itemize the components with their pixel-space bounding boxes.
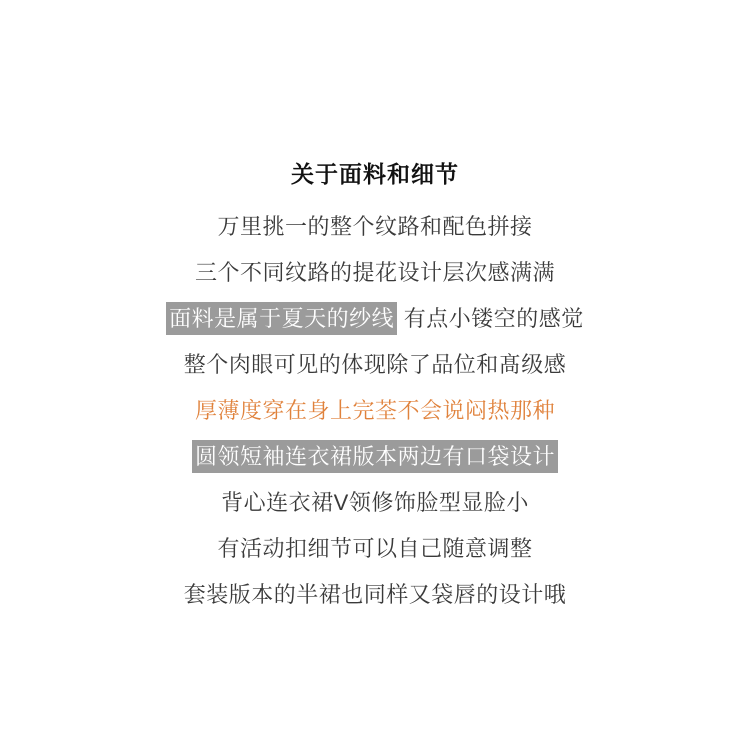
plain-text: 有活动扣细节可以自己随意调整	[217, 536, 532, 561]
detail-line: 三个不同纹路的提花设计层次感满满	[0, 262, 750, 284]
detail-line: 厚薄度穿在身上完荃不会说闷热那种	[0, 400, 750, 422]
plain-text: 套装版本的半裙也同样又袋唇的设计哦	[184, 582, 567, 607]
detail-line: 面料是属于夏天的纱线 有点小镂空的感觉	[0, 308, 750, 330]
detail-line: 整个肉眼可见的体现除了品位和髙级感	[0, 354, 750, 376]
plain-text: 万里挑一的整个纹路和配色拼接	[217, 214, 532, 239]
detail-line: 背心连衣裙V领修饰脸型显脸小	[0, 492, 750, 514]
detail-line: 圆领短袖连衣裙版本两边有口袋设计	[0, 446, 750, 468]
detail-text-block: 关于面料和细节 万里挑一的整个纹路和配色拼接三个不同纹路的提花设计层次感满满面料…	[0, 163, 750, 630]
accent-text: 厚薄度穿在身上完荃不会说闷热那种	[195, 398, 555, 423]
detail-line: 套装版本的半裙也同样又袋唇的设计哦	[0, 584, 750, 606]
highlighted-text: 面料是属于夏天的纱线	[166, 302, 397, 335]
detail-line: 有活动扣细节可以自己随意调整	[0, 538, 750, 560]
detail-line: 万里挑一的整个纹路和配色拼接	[0, 216, 750, 238]
highlighted-text: 圆领短袖连衣裙版本两边有口袋设计	[192, 440, 558, 473]
plain-text: 有点小镂空的感觉	[397, 306, 584, 331]
plain-text: 整个肉眼可见的体现除了品位和髙级感	[184, 352, 567, 377]
product-detail-image: 关于面料和细节 万里挑一的整个纹路和配色拼接三个不同纹路的提花设计层次感满满面料…	[0, 0, 750, 750]
plain-text: 三个不同纹路的提花设计层次感满满	[195, 260, 555, 285]
plain-text: 背心连衣裙V领修饰脸型显脸小	[221, 490, 529, 515]
detail-lines: 万里挑一的整个纹路和配色拼接三个不同纹路的提花设计层次感满满面料是属于夏天的纱线…	[0, 216, 750, 606]
section-title: 关于面料和细节	[0, 163, 750, 186]
